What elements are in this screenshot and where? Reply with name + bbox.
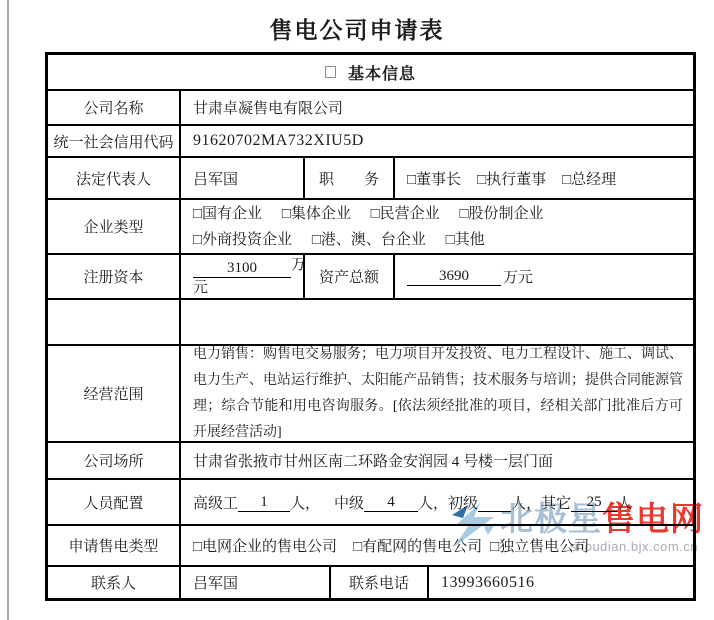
checkbox-option-foreign-invested: □外商投资企业	[193, 232, 292, 248]
registered-capital-unit-bottom: 元	[193, 278, 208, 299]
enterprise-type-line1: □国有企业 □集体企业 □民营企业 □股份制企业	[193, 201, 544, 227]
checkbox-option-joint-stock: □股份制企业	[459, 206, 543, 222]
empty-label-cell	[48, 300, 181, 344]
section-checkbox-icon	[325, 66, 336, 78]
registered-capital-line1: 3100万	[193, 255, 306, 278]
enterprise-type-options: □国有企业 □集体企业 □民营企业 □股份制企业 □外商投资企业 □港、澳、台企…	[181, 200, 693, 253]
table-row: 公司名称 甘肃卓凝售电有限公司	[48, 91, 693, 126]
checkbox-option-state-owned: □国有企业	[193, 206, 262, 222]
page-title: 售电公司申请表	[0, 12, 714, 45]
registered-capital-unit-top: 万	[291, 257, 306, 273]
credit-code-value: 91620702MA732XIU5D	[181, 126, 693, 156]
checkbox-option-collective: □集体企业	[282, 206, 351, 222]
staffing-mid-label: 中级	[334, 492, 364, 513]
business-scope-label: 经营范围	[48, 346, 181, 441]
table-row: 企业类型 □国有企业 □集体企业 □民营企业 □股份制企业 □外商投资企业 □港…	[48, 200, 693, 255]
staffing-senior-label: 高级工	[193, 492, 238, 513]
company-location-value: 甘肃省张掖市甘州区南二环路金安润园 4 号楼一层门面	[181, 443, 693, 478]
registered-capital-blank: 3100	[193, 259, 291, 278]
company-name-value: 甘肃卓凝售电有限公司	[181, 91, 693, 124]
total-assets-blank: 3690	[407, 267, 501, 286]
duty-label: 职 务	[305, 158, 395, 198]
staffing-unit: 人	[617, 492, 632, 513]
total-assets-unit: 万元	[503, 266, 533, 287]
legal-rep-value: 吕军国	[181, 158, 305, 198]
checkbox-option-distribution-company: □有配网的售电公司	[353, 535, 482, 556]
table-row: 经营范围 电力销售：购售电交易服务；电力项目开发投资、电力工程设计、施工、调试、…	[48, 346, 693, 443]
contact-phone-value: 13993660516	[429, 567, 693, 598]
checkbox-option-chairman: □董事长	[407, 168, 461, 189]
staffing-junior-blank	[478, 493, 511, 512]
staffing-sep1: 人，	[290, 492, 320, 513]
table-row: 公司场所 甘肃省张掖市甘州区南二环路金安润园 4 号楼一层门面	[48, 443, 693, 480]
empty-value-cell	[181, 300, 693, 344]
section-title: 基本信息	[348, 61, 416, 84]
table-row: 统一社会信用代码 91620702MA732XIU5D	[48, 126, 693, 158]
contact-label: 联系人	[48, 567, 181, 598]
company-location-label: 公司场所	[48, 443, 181, 478]
section-header-row: 基本信息	[48, 55, 693, 91]
registered-capital-value: 3100万 元	[181, 255, 305, 298]
checkbox-option-exec-director: □执行董事	[477, 168, 546, 189]
table-row: 申请售电类型 □电网企业的售电公司 □有配网的售电公司 □独立售电公司	[48, 526, 693, 567]
contact-value: 吕军国	[181, 567, 331, 598]
enterprise-type-line2: □外商投资企业 □港、澳、台企业 □其他	[193, 227, 485, 253]
application-table: 基本信息 公司名称 甘肃卓凝售电有限公司 统一社会信用代码 91620702MA…	[45, 52, 696, 601]
legal-rep-label: 法定代表人	[48, 158, 181, 198]
table-row: 人员配置 高级工1人，中级4人，初级人，其它25人	[48, 480, 693, 526]
checkbox-option-private: □民营企业	[371, 206, 440, 222]
business-scope-text: 电力销售：购售电交易服务；电力项目开发投资、电力工程设计、施工、调试、电力生产、…	[193, 342, 693, 446]
staffing-label: 人员配置	[48, 480, 181, 524]
checkbox-option-general-manager: □总经理	[562, 168, 616, 189]
table-row: 法定代表人 吕军国 职 务 □董事长 □执行董事 □总经理	[48, 158, 693, 200]
table-row: 联系人 吕军国 联系电话 13993660516	[48, 567, 693, 598]
total-assets-label: 资产总额	[305, 255, 395, 298]
sale-type-label: 申请售电类型	[48, 526, 181, 565]
staffing-senior-blank: 1	[238, 493, 290, 512]
checkbox-option-other: □其他	[446, 232, 485, 248]
checkbox-option-grid-company: □电网企业的售电公司	[193, 535, 337, 556]
staffing-value: 高级工1人，中级4人，初级人，其它25人	[181, 480, 693, 524]
staffing-sep3: 人，其它	[511, 492, 571, 513]
staffing-sep2: 人，初级	[418, 492, 478, 513]
registered-capital-label: 注册资本	[48, 255, 181, 298]
enterprise-type-label: 企业类型	[48, 200, 181, 253]
checkbox-option-hk-macao-taiwan: □港、澳、台企业	[312, 232, 426, 248]
table-row: 注册资本 3100万 元 资产总额 3690 万元	[48, 255, 693, 300]
credit-code-label: 统一社会信用代码	[48, 126, 181, 156]
business-scope-value: 电力销售：购售电交易服务；电力项目开发投资、电力工程设计、施工、调试、电力生产、…	[181, 346, 693, 441]
staffing-mid-blank: 4	[364, 493, 418, 512]
total-assets-value: 3690 万元	[395, 255, 693, 298]
contact-phone-label: 联系电话	[331, 567, 429, 598]
section-header-cell: 基本信息	[48, 55, 693, 89]
staffing-other-blank: 25	[571, 493, 617, 512]
empty-row	[48, 300, 693, 346]
checkbox-option-independent-company: □独立售电公司	[490, 535, 589, 556]
page-edge-line	[7, 0, 9, 620]
sale-type-options: □电网企业的售电公司 □有配网的售电公司 □独立售电公司	[181, 526, 693, 565]
duty-options: □董事长 □执行董事 □总经理	[395, 158, 693, 198]
company-name-label: 公司名称	[48, 91, 181, 124]
